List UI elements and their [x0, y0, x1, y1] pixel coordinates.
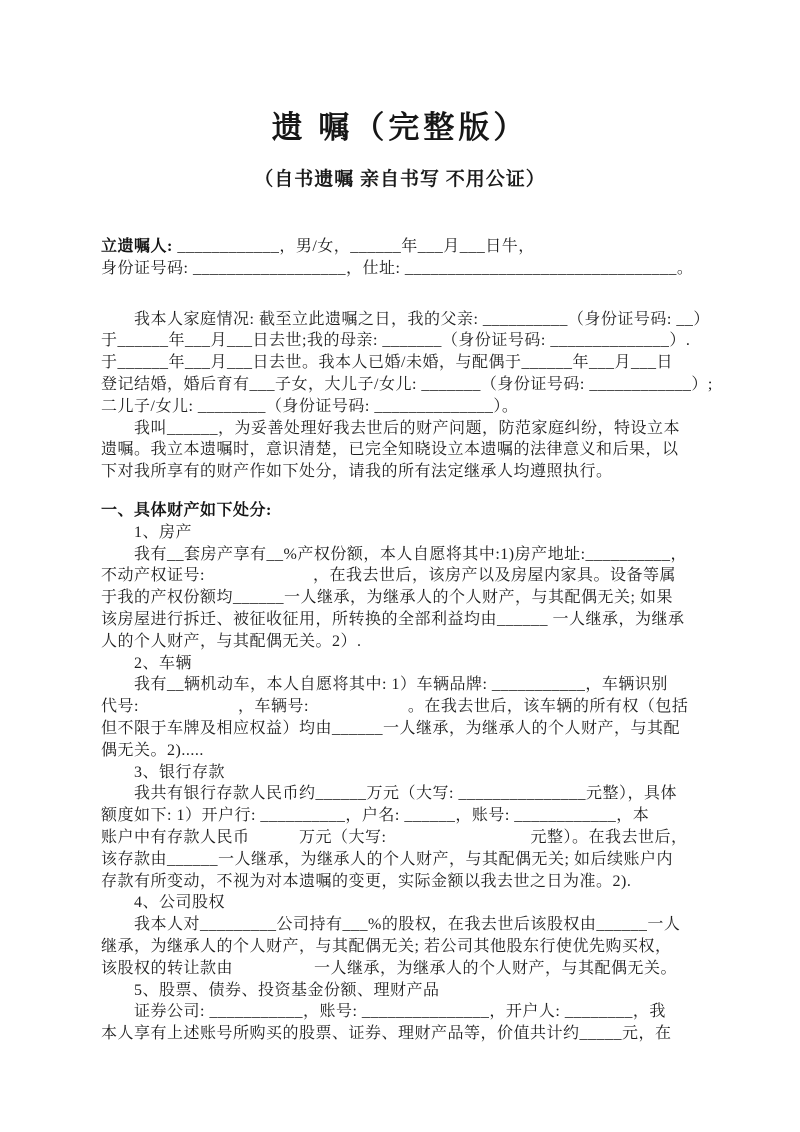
text-line: 2、车辆 [101, 653, 707, 675]
text-line: 但不限于车牌及相应权益）均由______一人继承，为继承人的个人财产，与其配 [101, 718, 707, 740]
document-title: 遗 嘱（完整版） [0, 102, 800, 147]
text-segment: 2、车辆 [134, 655, 192, 672]
text-segment: 不动产权证号: ，在我去世后，该房产以及房屋内家具。设备等属 [101, 567, 676, 584]
text-line: 不动产权证号: ，在我去世后，该房产以及房屋内家具。设备等属 [101, 565, 707, 587]
text-line: 一、具体财产如下处分: [101, 500, 707, 522]
text-segment: 该股权的转让款由 一人继承，为继承人的个人财产，与其配偶无关。 [101, 960, 677, 977]
text-segment: 4、公司股权 [134, 894, 225, 911]
text-line: 我有__辆机动车，本人自愿将其中: 1）车辆品牌: ___________，车辆… [101, 674, 707, 696]
text-line: 于______年___月___日去世;我的母亲: _______（身份证号码: … [101, 330, 707, 352]
document-body: 立遗嘱人: ____________，男/女，______年___月___日牛，… [101, 236, 707, 1045]
text-segment: 于______年___月___日去世;我的母亲: _______（身份证号码: … [101, 332, 690, 349]
text-segment: 我有__套房产享有__%产权份额，本人自愿将其中:1)房产地址:________… [134, 546, 687, 563]
text-line: 额度如下: 1）开户行: __________，户名: ______，账号: _… [101, 805, 707, 827]
text-line: 证券公司: ___________，账号: _______________，开户… [101, 1001, 707, 1023]
text-segment: 于我的产权份额均______一人继承，为继承人的个人财产，与其配偶无关; 如果 [101, 589, 673, 606]
text-line: 我叫______，为妥善处理好我去世后的财产问题，防范家庭纠纷，特设立本 [101, 418, 707, 440]
text-line: 立遗嘱人: ____________，男/女，______年___月___日牛， [101, 236, 707, 258]
text-line: 下对我所享有的财产作如下处分，请我的所有法定继承人均遵照执行。 [101, 461, 707, 483]
text-segment: 3、银行存款 [134, 764, 225, 781]
paragraph-block: 一、具体财产如下处分: [101, 500, 707, 522]
text-segment: 我本人对_________公司持有___%的股权，在我去世后该股权由______… [134, 916, 680, 933]
text-segment: 遗嘱。我立本遗嘱时，意识清楚，已完全知晓设立本遗嘱的法律意义和后果，以 [101, 441, 679, 458]
text-line: 偶无关。2)..... [101, 740, 707, 762]
paragraph-block: 1、房产我有__套房产享有__%产权份额，本人自愿将其中:1)房产地址:____… [101, 522, 707, 1045]
bold-text-segment: 立遗嘱人: [101, 238, 177, 255]
text-line: 存款有所变动，不视为对本遗嘱的变更，实际金额以我去世之日为准。2). [101, 871, 707, 893]
document-subtitle: （自书遗嘱 亲自书写 不用公证） [0, 164, 800, 191]
text-segment: 人的个人财产，与其配偶无关。2）. [101, 633, 362, 650]
text-segment: 该房屋进行拆迁、被征收征用，所转换的全部利益均由______ 一人继承，为继承 [101, 611, 685, 628]
text-segment: 二儿子/女儿: ________（身份证号码: ______________）。 [101, 398, 518, 415]
text-line: 本人享有上述账号所购买的股票、证券、理财产品等，价值共计约_____元，在 [101, 1023, 707, 1045]
text-line: 3、银行存款 [101, 762, 707, 784]
text-line: 该房屋进行拆迁、被征收征用，所转换的全部利益均由______ 一人继承，为继承 [101, 609, 707, 631]
text-segment: 1、房产 [134, 524, 192, 541]
text-segment: 继承，为继承人的个人财产，与其配偶无关; 若公司其他股东行使优先购买权， [101, 938, 671, 955]
text-segment: 证券公司: ___________，账号: _______________，开户… [134, 1003, 666, 1020]
paragraph-block: 立遗嘱人: ____________，男/女，______年___月___日牛，… [101, 236, 707, 280]
text-segment: 我共有银行存款人民币约______万元（大写: _______________元… [134, 785, 677, 802]
text-segment: 该存款由______一人继承，为继承人的个人财产，与其配偶无关; 如后续账户内 [101, 851, 673, 868]
text-segment: 登记结婚，婚后育有___子女，大儿子/女儿: _______（身份证号码: __… [101, 376, 713, 393]
text-line: 于______年___月___日去世。我本人已婚/未婚，与配偶于______年_… [101, 352, 707, 374]
text-line: 于我的产权份额均______一人继承，为继承人的个人财产，与其配偶无关; 如果 [101, 587, 707, 609]
paragraph-block: 我本人家庭情况: 截至立此遗嘱之日，我的父亲: __________（身份证号码… [101, 309, 707, 483]
text-line: 1、房产 [101, 522, 707, 544]
text-segment: 存款有所变动，不视为对本遗嘱的变更，实际金额以我去世之日为准。2). [101, 873, 631, 890]
text-line: 账户中有存款人民币 万元（大写: 元整）。在我去世后， [101, 827, 707, 849]
text-line: 我共有银行存款人民币约______万元（大写: _______________元… [101, 783, 707, 805]
text-line: 5、股票、债券、投资基金份额、理财产品 [101, 980, 707, 1002]
text-segment: 偶无关。2)..... [101, 742, 204, 759]
text-line: 登记结婚，婚后育有___子女，大儿子/女儿: _______（身份证号码: __… [101, 374, 707, 396]
text-segment: 5、股票、债券、投资基金份额、理财产品 [134, 982, 440, 999]
text-line: 我本人家庭情况: 截至立此遗嘱之日，我的父亲: __________（身份证号码… [101, 309, 707, 331]
text-segment: 本人享有上述账号所购买的股票、证券、理财产品等，价值共计约_____元，在 [101, 1025, 672, 1042]
text-segment: 账户中有存款人民币 万元（大写: 元整）。在我去世后， [101, 829, 687, 846]
text-segment: 但不限于车牌及相应权益）均由______一人继承，为继承人的个人财产，与其配 [101, 720, 680, 737]
document-page: 遗 嘱（完整版） （自书遗嘱 亲自书写 不用公证） 立遗嘱人: ________… [0, 0, 800, 1132]
text-line: 遗嘱。我立本遗嘱时，意识清楚，已完全知晓设立本遗嘱的法律意义和后果，以 [101, 439, 707, 461]
text-line: 继承，为继承人的个人财产，与其配偶无关; 若公司其他股东行使优先购买权， [101, 936, 707, 958]
text-line: 人的个人财产，与其配偶无关。2）. [101, 631, 707, 653]
text-segment: 我本人家庭情况: 截至立此遗嘱之日，我的父亲: __________（身份证号码… [134, 311, 710, 328]
text-line: 我有__套房产享有__%产权份额，本人自愿将其中:1)房产地址:________… [101, 544, 707, 566]
text-line: 该股权的转让款由 一人继承，为继承人的个人财产，与其配偶无关。 [101, 958, 707, 980]
text-segment: 于______年___月___日去世。我本人已婚/未婚，与配偶于______年_… [101, 354, 673, 371]
text-segment: 身份证号码: __________________，仕址: __________… [101, 260, 693, 277]
text-line: 我本人对_________公司持有___%的股权，在我去世后该股权由______… [101, 914, 707, 936]
text-segment: 我有__辆机动车，本人自愿将其中: 1）车辆品牌: ___________，车辆… [134, 676, 668, 693]
text-line: 4、公司股权 [101, 892, 707, 914]
text-line: 二儿子/女儿: ________（身份证号码: ______________）。 [101, 396, 707, 418]
text-line: 该存款由______一人继承，为继承人的个人财产，与其配偶无关; 如后续账户内 [101, 849, 707, 871]
text-line: 代号: ，车辆号: 。在我去世后，该车辆的所有权（包括 [101, 696, 707, 718]
text-line: 身份证号码: __________________，仕址: __________… [101, 258, 707, 280]
text-segment: 下对我所享有的财产作如下处分，请我的所有法定继承人均遵照执行。 [101, 463, 613, 480]
text-segment: 我叫______，为妥善处理好我去世后的财产问题，防范家庭纠纷，特设立本 [134, 420, 680, 437]
text-segment: 额度如下: 1）开户行: __________，户名: ______，账号: _… [101, 807, 649, 824]
bold-text-segment: 一、具体财产如下处分: [101, 502, 272, 519]
text-segment: 代号: ，车辆号: 。在我去世后，该车辆的所有权（包括 [101, 698, 688, 715]
text-segment: ____________，男/女，______年___月___日牛， [177, 238, 534, 255]
